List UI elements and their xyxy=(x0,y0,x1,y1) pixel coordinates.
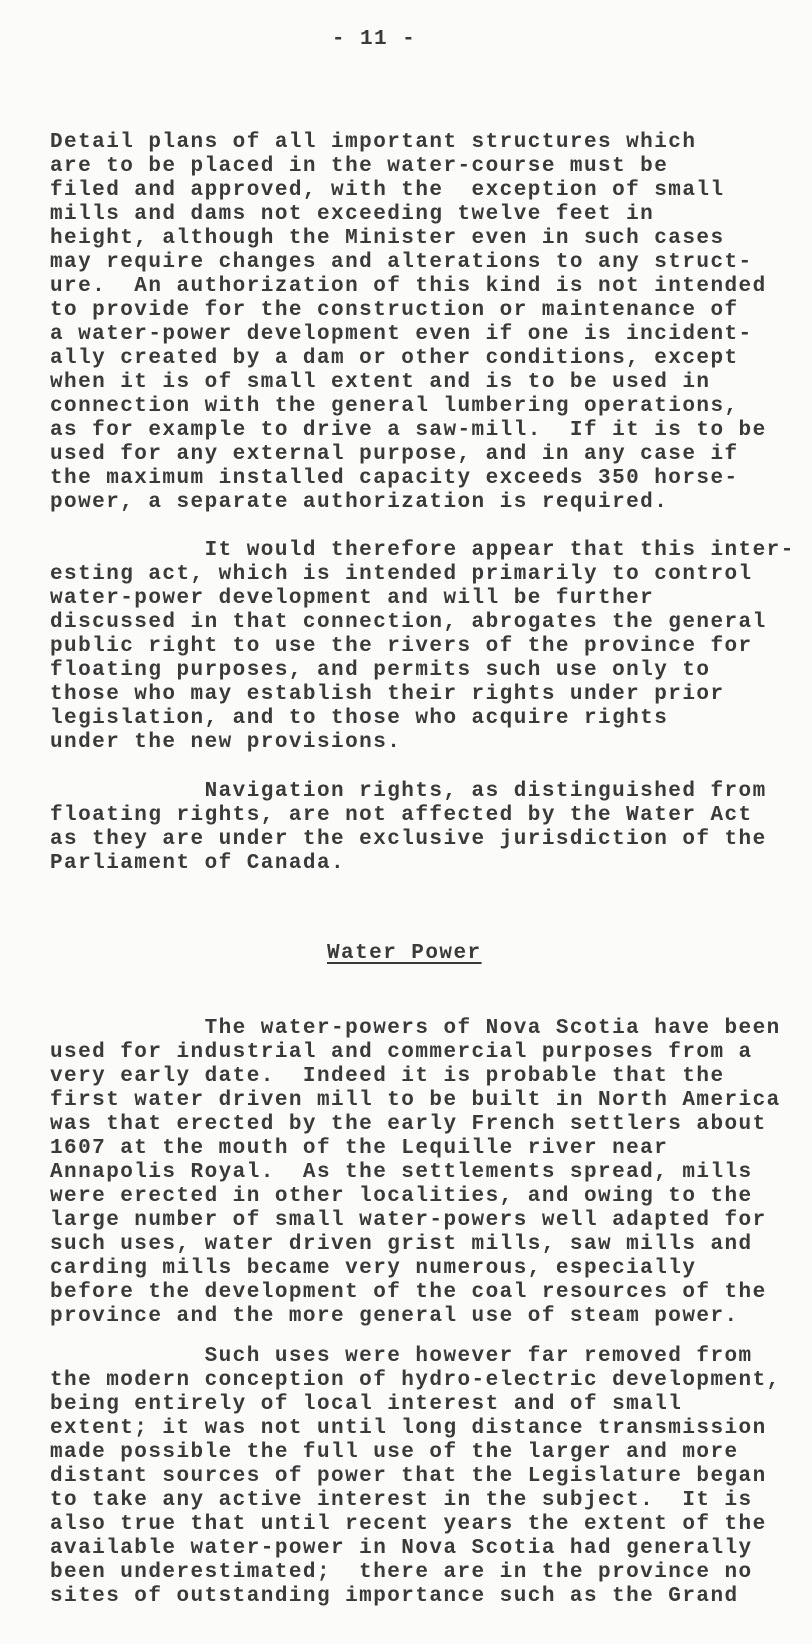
text-line: are to be placed in the water-course mus… xyxy=(50,155,767,179)
text-line: may require changes and alterations to a… xyxy=(50,251,767,275)
text-line: sites of outstanding importance such as … xyxy=(50,1585,781,1609)
text-line: used for any external purpose, and in an… xyxy=(50,443,767,467)
text-line: It would therefore appear that this inte… xyxy=(50,539,795,563)
text-line: 1607 at the mouth of the Lequille river … xyxy=(50,1137,781,1161)
text-line: under the new provisions. xyxy=(50,731,795,755)
text-line: Parliament of Canada. xyxy=(50,852,767,876)
text-line: also true that until recent years the ex… xyxy=(50,1513,781,1537)
text-line: discussed in that connection, abrogates … xyxy=(50,611,795,635)
text-line: first water driven mill to be built in N… xyxy=(50,1089,781,1113)
paragraph-navigation-rights: Navigation rights, as distinguished from… xyxy=(50,780,767,876)
text-line: water-power development and will be furt… xyxy=(50,587,795,611)
text-line: made possible the full use of the larger… xyxy=(50,1441,781,1465)
text-line: Detail plans of all important structures… xyxy=(50,131,767,155)
text-line: public right to use the rivers of the pr… xyxy=(50,635,795,659)
text-line: used for industrial and commercial purpo… xyxy=(50,1041,781,1065)
text-line: esting act, which is intended primarily … xyxy=(50,563,795,587)
text-line: the maximum installed capacity exceeds 3… xyxy=(50,467,767,491)
text-line: floating rights, are not affected by the… xyxy=(50,804,767,828)
text-line: as for example to drive a saw-mill. If i… xyxy=(50,419,767,443)
text-line: extent; it was not until long distance t… xyxy=(50,1417,781,1441)
text-line: ally created by a dam or other condition… xyxy=(50,347,767,371)
text-line: Annapolis Royal. As the settlements spre… xyxy=(50,1161,781,1185)
text-line: floating purposes, and permits such use … xyxy=(50,659,795,683)
text-line: mills and dams not exceeding twelve feet… xyxy=(50,203,767,227)
text-line: before the development of the coal resou… xyxy=(50,1281,781,1305)
section-heading-water-power: Water Power xyxy=(327,942,482,965)
text-line: Such uses were however far removed from xyxy=(50,1345,781,1369)
text-line: ure. An authorization of this kind is no… xyxy=(50,275,767,299)
text-line: distant sources of power that the Legisl… xyxy=(50,1465,781,1489)
text-line: very early date. Indeed it is probable t… xyxy=(50,1065,781,1089)
text-line: The water-powers of Nova Scotia have bee… xyxy=(50,1017,781,1041)
document-page: - 11 - Detail plans of all important str… xyxy=(0,0,812,1644)
text-line: was that erected by the early French set… xyxy=(50,1113,781,1137)
text-line: such uses, water driven grist mills, saw… xyxy=(50,1233,781,1257)
text-line: been underestimated; there are in the pr… xyxy=(50,1561,781,1585)
text-line: connection with the general lumbering op… xyxy=(50,395,767,419)
text-line: those who may establish their rights und… xyxy=(50,683,795,707)
text-line: available water-power in Nova Scotia had… xyxy=(50,1537,781,1561)
text-line: to provide for the construction or maint… xyxy=(50,299,767,323)
paragraph-water-power-history: The water-powers of Nova Scotia have bee… xyxy=(50,1017,781,1329)
paragraph-floating-rights: It would therefore appear that this inte… xyxy=(50,539,795,755)
paragraph-modern-hydro-electric: Such uses were however far removed fromt… xyxy=(50,1345,781,1609)
text-line: Navigation rights, as distinguished from xyxy=(50,780,767,804)
text-line: height, although the Minister even in su… xyxy=(50,227,767,251)
text-line: power, a separate authorization is requi… xyxy=(50,491,767,515)
text-line: legislation, and to those who acquire ri… xyxy=(50,707,795,731)
text-line: a water-power development even if one is… xyxy=(50,323,767,347)
text-line: being entirely of local interest and of … xyxy=(50,1393,781,1417)
text-line: were erected in other localities, and ow… xyxy=(50,1185,781,1209)
text-line: province and the more general use of ste… xyxy=(50,1305,781,1329)
text-line: the modern conception of hydro-electric … xyxy=(50,1369,781,1393)
text-line: to take any active interest in the subje… xyxy=(50,1489,781,1513)
text-line: carding mills became very numerous, espe… xyxy=(50,1257,781,1281)
text-line: large number of small water-powers well … xyxy=(50,1209,781,1233)
paragraph-structures-authorization: Detail plans of all important structures… xyxy=(50,131,767,515)
text-line: when it is of small extent and is to be … xyxy=(50,371,767,395)
page-number: - 11 - xyxy=(0,28,780,51)
text-line: as they are under the exclusive jurisdic… xyxy=(50,828,767,852)
text-line: filed and approved, with the exception o… xyxy=(50,179,767,203)
